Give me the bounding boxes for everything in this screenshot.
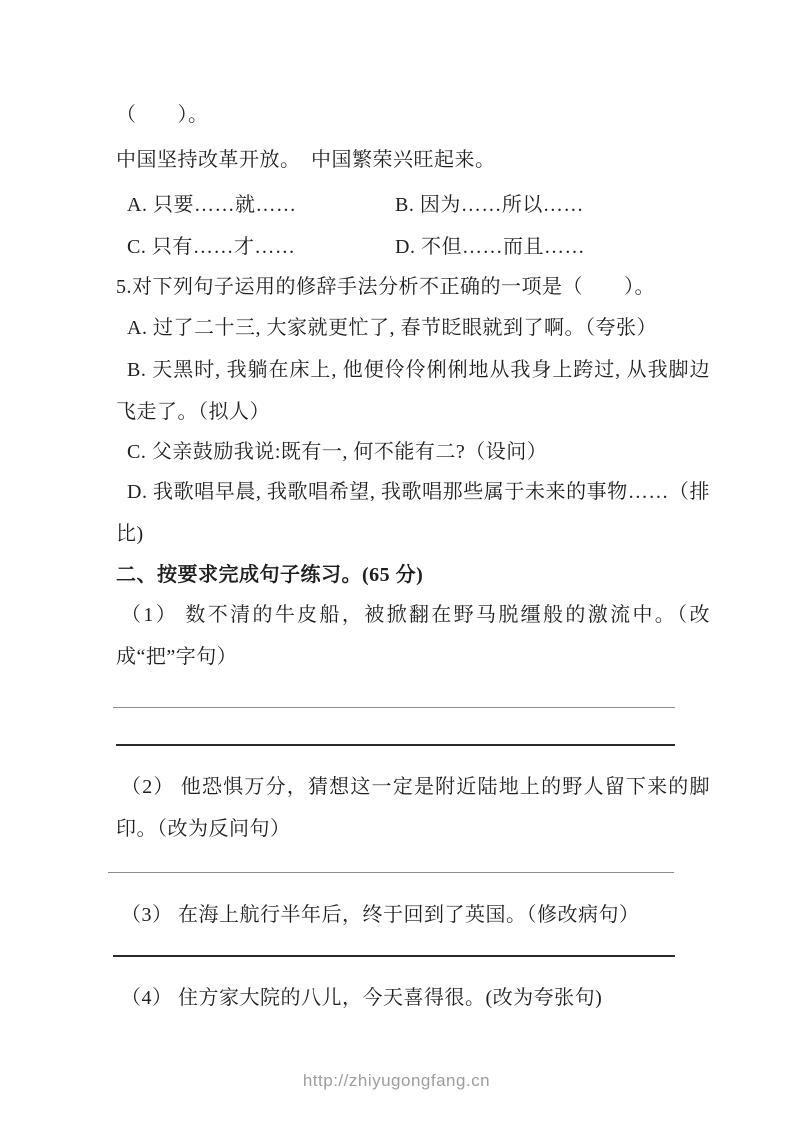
- q4-option-d: D. 不但……而且……: [395, 226, 585, 268]
- test-paper-page: （ ）。 中国坚持改革开放。 中国繁荣兴旺起来。 A. 只要……就…… B. 因…: [0, 0, 793, 1122]
- section2-item-4: （4） 住方家大院的八儿，今天喜得很。(改为夸张句): [116, 977, 710, 1019]
- section2-item-2: （2） 他恐惧万分，猜想这一定是附近陆地上的野人留下来的脚印。（改为反问句）: [116, 766, 710, 850]
- answer-line-3: [108, 872, 674, 873]
- q5-stem: 5.对下列句子运用的修辞手法分析不正确的一项是（ ）。: [116, 266, 710, 308]
- q4-option-a: A. 只要……就……: [127, 184, 296, 226]
- q4-options-row-1: A. 只要……就…… B. 因为……所以……: [116, 184, 710, 226]
- q4-option-b: B. 因为……所以……: [395, 184, 584, 226]
- section2-item-1: （1） 数不清的牛皮船，被掀翻在野马脱缰般的激流中。（改成“把”字句）: [116, 594, 710, 678]
- q5-option-c: C. 父亲鼓励我说:既有一, 何不能有二?（设问）: [116, 431, 710, 473]
- q5-option-b: B. 天黑时, 我躺在床上, 他便伶伶俐俐地从我身上跨过, 从我脚边飞走了。（拟…: [116, 349, 710, 433]
- answer-line-2: [116, 744, 675, 746]
- q4-sentences: 中国坚持改革开放。 中国繁荣兴旺起来。: [116, 139, 710, 181]
- section2-item-3: （3） 在海上航行半年后，终于回到了英国。（修改病句）: [116, 894, 710, 936]
- q4-options-row-2: C. 只有……才…… D. 不但……而且……: [116, 226, 710, 268]
- footer-url: http://zhiyugongfang.cn: [0, 1068, 793, 1094]
- q4-option-c: C. 只有……才……: [127, 226, 295, 268]
- section2-heading: 二、按要求完成句子练习。(65 分): [116, 554, 710, 596]
- q5-option-a: A. 过了二十三, 大家就更忙了, 春节眨眼就到了啊。（夸张）: [116, 307, 710, 349]
- q4-answer-blank: （ ）。: [116, 94, 710, 136]
- answer-line-1: [113, 707, 675, 708]
- answer-line-4: [113, 955, 675, 957]
- q5-option-d: D. 我歌唱早晨, 我歌唱希望, 我歌唱那些属于未来的事物……（排比): [116, 471, 710, 555]
